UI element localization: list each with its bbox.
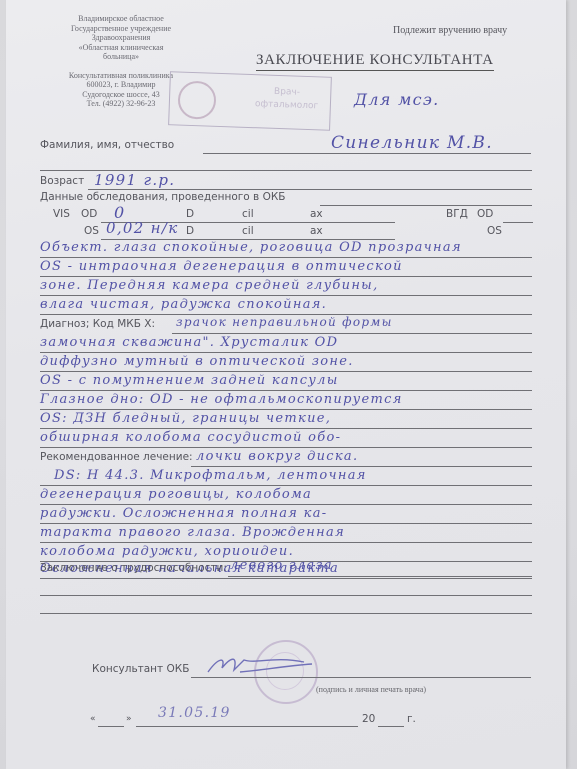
exam-line: Объект. глаза спокойные, роговица OD про…: [40, 240, 462, 255]
consultant-conclusion-form: Владимирское областное Государственное у…: [6, 0, 566, 769]
doctor-stamp: Врач- офтальмолог: [168, 71, 332, 131]
vis-od-label: OD: [81, 208, 97, 220]
vis-os-value: 0,02 н/к: [106, 219, 178, 237]
fio-value: Синельник М.В.: [331, 133, 493, 153]
institution-line: «Областная клиническая: [46, 43, 196, 53]
vis-os-d-label: D: [186, 225, 194, 237]
work-capacity-label: Заключение о трудоспособности:: [40, 562, 227, 574]
diagnosis-line: OS: ДЗН бледный, границы четкие,: [40, 411, 331, 426]
date-open-quote: «: [90, 714, 96, 724]
vgd-od-underline: [503, 222, 533, 223]
exam-underline: [320, 205, 532, 206]
consultant-label: Консультант ОКБ: [92, 663, 189, 675]
fio-label: Фамилия, имя, отчество: [40, 139, 174, 151]
treatment-line: радужки. Осложненная полная ка-: [40, 506, 327, 521]
vgd-os-label: OS: [487, 225, 502, 237]
date-close-quote: »: [126, 714, 132, 724]
treatment-line: лочки вокруг диска.: [196, 449, 358, 464]
age-underline: [88, 189, 532, 190]
treatment-line: дегенерация роговицы, колобома: [40, 487, 312, 502]
vis-os-ax-label: ax: [310, 225, 323, 237]
signature-line: [191, 677, 531, 678]
fio-underline: [203, 153, 531, 154]
exam-line: OS - интраочная дегенерация в оптической: [40, 259, 403, 274]
age-label: Возраст: [40, 175, 84, 187]
institution-line: больница»: [46, 52, 196, 62]
deliver-to-doctor-note: Подлежит вручению врачу: [393, 25, 507, 36]
document-title: ЗАКЛЮЧЕНИЕ КОНСУЛЬТАНТА: [256, 52, 494, 71]
treatment-line: DS: H 44.3. Микрофтальм, ленточная: [54, 468, 367, 483]
diagnosis-line: диффузно мутный в оптической зоне.: [40, 354, 354, 369]
year-underline: [378, 726, 404, 727]
stamp-emblem-icon: [177, 80, 216, 119]
diagnosis-line: Глазное дно: OD - не офтальмоскопируется: [40, 392, 403, 407]
vis-os-cil-label: cil: [242, 225, 254, 237]
signature-caption: (подпись и личная печать врача): [316, 685, 426, 694]
year-suffix: г.: [407, 713, 416, 725]
treatment-line: таракта правого глаза. Врожденная: [40, 525, 345, 540]
diagnosis-label: Диагноз; Код МКБ Х:: [40, 318, 155, 330]
diagnosis-line: OS - с помутнением задней капсулы: [40, 373, 339, 388]
vis-os-label: OS: [84, 225, 99, 237]
diagnosis-line: обширная колобома сосудистой обо-: [40, 430, 341, 445]
vgd-od-label: OD: [477, 208, 493, 220]
treatment-line: колобома радужки, хориоидеи.: [40, 544, 294, 559]
vis-label: VIS: [53, 208, 70, 220]
work-capacity-value: левого глаза: [230, 558, 333, 573]
vis-od-ax-label: ax: [310, 208, 323, 220]
date-value: 31.05.19: [158, 705, 231, 721]
vis-od-cil-label: cil: [242, 208, 254, 220]
institution-line: Государственное учреждение: [46, 24, 196, 34]
age-value: 1991 г.р.: [94, 171, 175, 189]
diagnosis-line: зрачок неправильной формы: [176, 315, 393, 329]
exam-line: зоне. Передняя камера средней глубины,: [40, 278, 379, 293]
for-mse-handwritten: Для мсэ.: [354, 90, 440, 109]
date-month-underline: [136, 726, 358, 727]
stamp-text: Врач- офтальмолог: [255, 85, 319, 113]
signature-icon: [204, 650, 314, 678]
exam-label: Данные обследования, проведенного в ОКБ: [40, 191, 286, 203]
institution-line: Здравоохранения: [46, 33, 196, 43]
diagnosis-line: замочная скважина". Хрусталик OD: [40, 335, 338, 350]
year-prefix: 20: [362, 713, 375, 725]
treatment-label: Рекомендованное лечение:: [40, 451, 193, 463]
exam-line: влага чистая, радужка спокойная.: [40, 297, 327, 312]
vis-od-d-label: D: [186, 208, 194, 220]
date-day-underline: [98, 726, 124, 727]
vgd-label: ВГД: [446, 208, 468, 220]
institution-line: Владимирское областное: [46, 14, 196, 24]
